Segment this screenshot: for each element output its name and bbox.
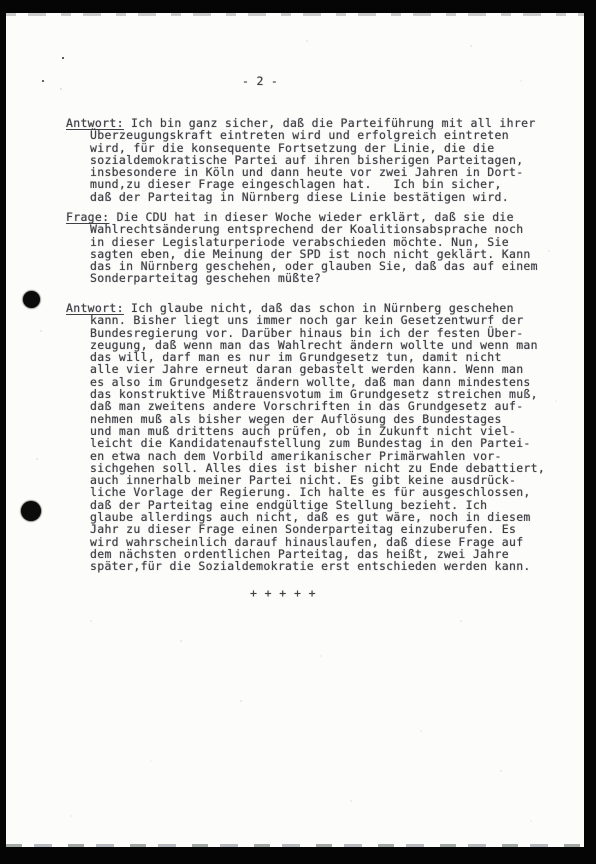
text-line: daß der Parteitag in Nürnberg diese Lini… <box>66 191 536 203</box>
scan-edge-artifact-bottom <box>6 844 584 847</box>
text-line: alle vier Jahre erneut daran gebastelt w… <box>66 363 545 375</box>
page-number: - 2 - <box>242 75 278 87</box>
hole-punch-dot <box>21 501 41 521</box>
paragraph-answer-2: Antwort: Ich glaube nicht, daß das schon… <box>66 302 545 573</box>
scanned-document-frame: - 2 - Antwort: Ich bin ganz sicher, daß … <box>0 0 596 864</box>
document-page: - 2 - Antwort: Ich bin ganz sicher, daß … <box>6 13 584 847</box>
scan-noise-speckles <box>6 13 8 15</box>
text-line: Wahlrechtsänderung entsprechend der Koal… <box>66 223 538 235</box>
text-line: liche Vorlage der Regierung. Ich halte e… <box>66 486 545 498</box>
text-line: mund,zu dieser Frage eingeschlagen hat. … <box>66 178 536 190</box>
text-line: Sonderparteitag geschehen müßte? <box>66 272 538 284</box>
text-line: leicht die Kandidatenaufstellung zum Bun… <box>66 437 545 449</box>
scan-edge-artifact-top <box>6 13 584 16</box>
paragraph-question: Frage: Die CDU hat in dieser Woche wiede… <box>66 211 538 285</box>
text-line: en etwa nach dem Vorbild amerikanischer … <box>66 450 545 462</box>
text-line: Jahr zu dieser Frage einen Sonderparteit… <box>66 523 545 535</box>
end-separator: + + + + + <box>250 587 316 599</box>
hole-punch-dot <box>23 291 40 308</box>
text-line: daß man zweitens andere Vorschriften in … <box>66 400 545 412</box>
paragraph-answer-1: Antwort: Ich bin ganz sicher, daß die Pa… <box>66 117 536 203</box>
text-line: Überzeugungskraft eintreten wird und erf… <box>66 129 536 141</box>
text-line: später,für die Sozialdemokratie erst ent… <box>66 560 545 572</box>
text-line: kann. Bisher liegt uns immer noch gar ke… <box>66 314 545 326</box>
